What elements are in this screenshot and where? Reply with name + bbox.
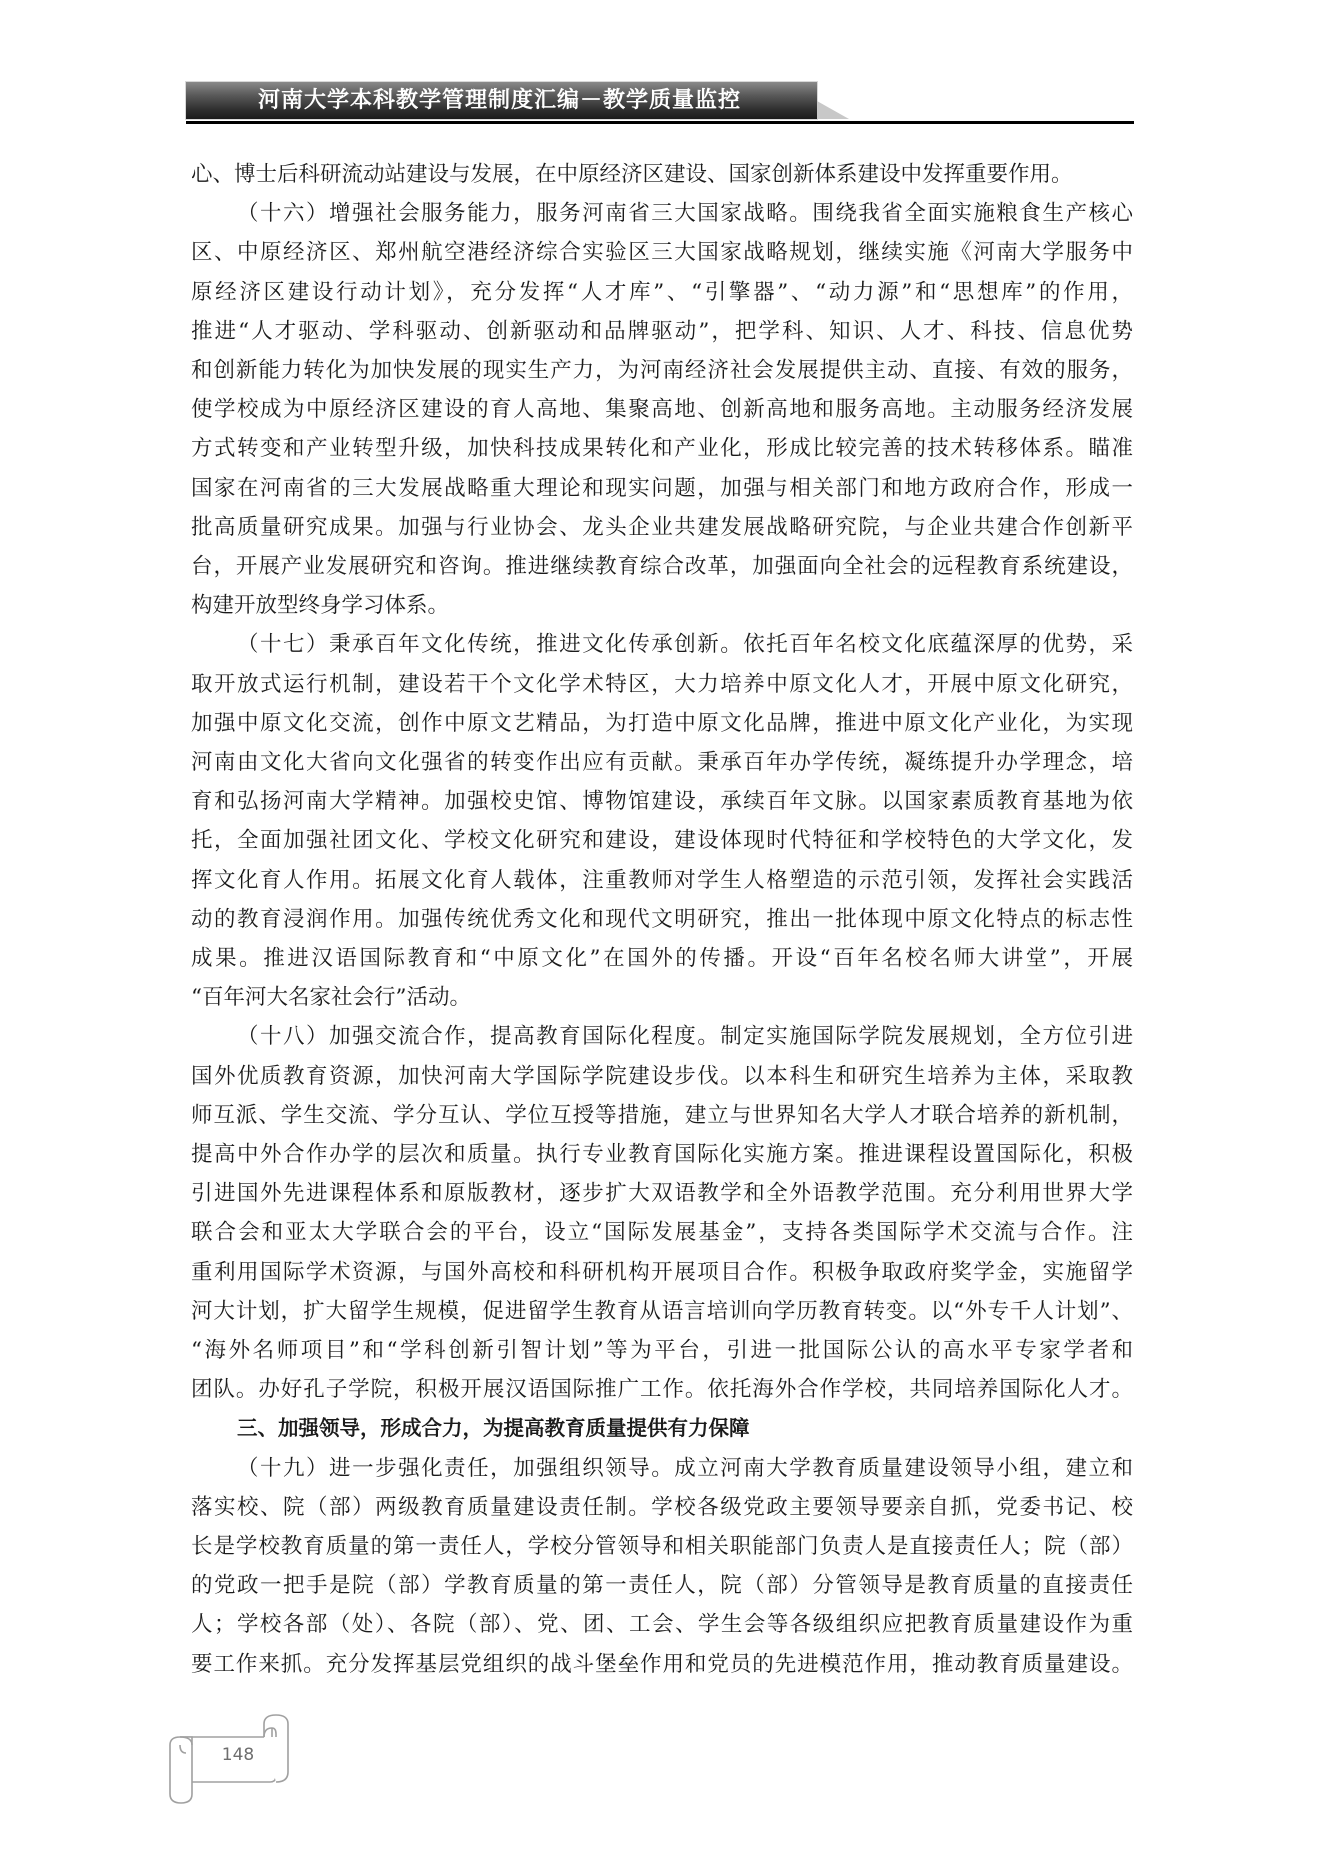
text-line: 落实校、院（部）两级教育质量建设责任制。学校各级党政主要领导要亲自抓，党委书记、…: [191, 1488, 1133, 1527]
text-line: 和创新能力转化为加快发展的现实生产力，为河南经济社会发展提供主动、直接、有效的服…: [191, 351, 1133, 390]
text-line: 批高质量研究成果。加强与行业协会、龙头企业共建发展战略研究院，与企业共建合作创新…: [191, 508, 1133, 547]
text-line: 台，开展产业发展研究和咨询。推进继续教育综合改革，加强面向全社会的远程教育系统建…: [191, 547, 1133, 586]
text-line: “海外名师项目”和“学科创新引智计划”等为平台，引进一批国际公认的高水平专家学者…: [191, 1331, 1133, 1370]
text-line: 国家在河南省的三大发展战略重大理论和现实问题，加强与相关部门和地方政府合作，形成…: [191, 469, 1133, 508]
text-line: 挥文化育人作用。拓展文化育人载体，注重教师对学生人格塑造的示范引领，发挥社会实践…: [191, 861, 1133, 900]
text-line: 取开放式运行机制，建设若干个文化学术特区，大力培养中原文化人才，开展中原文化研究…: [191, 665, 1133, 704]
text-line: 国外优质教育资源，加快河南大学国际学院建设步伐。以本科生和研究生培养为主体，采取…: [191, 1057, 1133, 1096]
running-header-band: 河南大学本科教学管理制度汇编－教学质量监控: [186, 82, 817, 119]
page-number: 148: [208, 1745, 268, 1765]
text-line: 提高中外合作办学的层次和质量。执行专业教育国际化实施方案。推进课程设置国际化，积…: [191, 1135, 1133, 1174]
header-tail-triangle: [817, 101, 849, 119]
text-line: 成果。推进汉语国际教育和“中原文化”在国外的传播。开设“百年名校名师大讲堂”，开…: [191, 939, 1133, 978]
text-line: （十九）进一步强化责任，加强组织领导。成立河南大学教育质量建设领导小组，建立和: [237, 1449, 1133, 1488]
section-heading: 三、加强领导，形成合力，为提高教育质量提供有力保障: [237, 1409, 750, 1448]
text-line: 托，全面加强社团文化、学校文化研究和建设，建设体现时代特征和学校特色的大学文化，…: [191, 821, 1133, 860]
text-line: 长是学校教育质量的第一责任人，学校分管领导和相关职能部门负责人是直接责任人；院（…: [191, 1527, 1133, 1566]
text-line: 的党政一把手是院（部）学教育质量的第一责任人，院（部）分管领导是教育质量的直接责…: [191, 1566, 1133, 1605]
text-line: 方式转变和产业转型升级，加快科技成果转化和产业化，形成比较完善的技术转移体系。瞄…: [191, 429, 1133, 468]
text-line: （十八）加强交流合作，提高教育国际化程度。制定实施国际学院发展规划，全方位引进: [237, 1017, 1133, 1056]
text-line: 要工作来抓。充分发挥基层党组织的战斗堡垒作用和党员的先进模范作用，推动教育质量建…: [191, 1645, 1133, 1684]
running-header-title: 河南大学本科教学管理制度汇编－教学质量监控: [258, 84, 741, 117]
page-number-scroll: 148: [168, 1712, 290, 1806]
text-line: 区、中原经济区、郑州航空港经济综合实验区三大国家战略规划，继续实施《河南大学服务…: [191, 233, 1133, 272]
text-line: 重利用国际学术资源，与国外高校和科研机构开展项目合作。积极争取政府奖学金，实施留…: [191, 1253, 1133, 1292]
text-line: 师互派、学生交流、学分互认、学位互授等措施，建立与世界知名大学人才联合培养的新机…: [191, 1096, 1133, 1135]
text-line: 使学校成为中原经济区建设的育人高地、集聚高地、创新高地和服务高地。主动服务经济发…: [191, 390, 1133, 429]
text-line: 原经济区建设行动计划》，充分发挥“人才库”、“引擎器”、“动力源”和“思想库”的…: [191, 273, 1133, 312]
text-line: 动的教育浸润作用。加强传统优秀文化和现代文明研究，推出一批体现中原文化特点的标志…: [191, 900, 1133, 939]
text-line: 育和弘扬河南大学精神。加强校史馆、博物馆建设，承续百年文脉。以国家素质教育基地为…: [191, 782, 1133, 821]
text-line: “百年河大名家社会行”活动。: [191, 978, 1133, 1017]
text-line: 联合会和亚太大学联合会的平台，设立“国际发展基金”，支持各类国际学术交流与合作。…: [191, 1213, 1133, 1252]
text-line: 心、博士后科研流动站建设与发展，在中原经济区建设、国家创新体系建设中发挥重要作用…: [191, 155, 1133, 194]
text-line: （十七）秉承百年文化传统，推进文化传承创新。依托百年名校文化底蕴深厚的优势，采: [237, 625, 1133, 664]
text-line: 加强中原文化交流，创作中原文艺精品，为打造中原文化品牌，推进中原文化产业化，为实…: [191, 704, 1133, 743]
text-line: 推进“人才驱动、学科驱动、创新驱动和品牌驱动”，把学科、知识、人才、科技、信息优…: [191, 312, 1133, 351]
header-rule: [186, 121, 1134, 124]
text-line: 构建开放型终身学习体系。: [191, 586, 1133, 625]
text-line: 团队。办好孔子学院，积极开展汉语国际推广工作。依托海外合作学校，共同培养国际化人…: [191, 1370, 1133, 1409]
text-line: 河南由文化大省向文化强省的转变作出应有贡献。秉承百年办学传统，凝练提升办学理念，…: [191, 743, 1133, 782]
text-line: 人；学校各部（处）、各院（部）、党、团、工会、学生会等各级组织应把教育质量建设作…: [191, 1605, 1133, 1644]
text-line: 河大计划，扩大留学生规模，促进留学生教育从语言培训向学历教育转变。以“外专千人计…: [191, 1292, 1133, 1331]
text-line: （十六）增强社会服务能力，服务河南省三大国家战略。围绕我省全面实施粮食生产核心: [237, 194, 1133, 233]
text-line: 引进国外先进课程体系和原版教材，逐步扩大双语教学和全外语教学范围。充分利用世界大…: [191, 1174, 1133, 1213]
